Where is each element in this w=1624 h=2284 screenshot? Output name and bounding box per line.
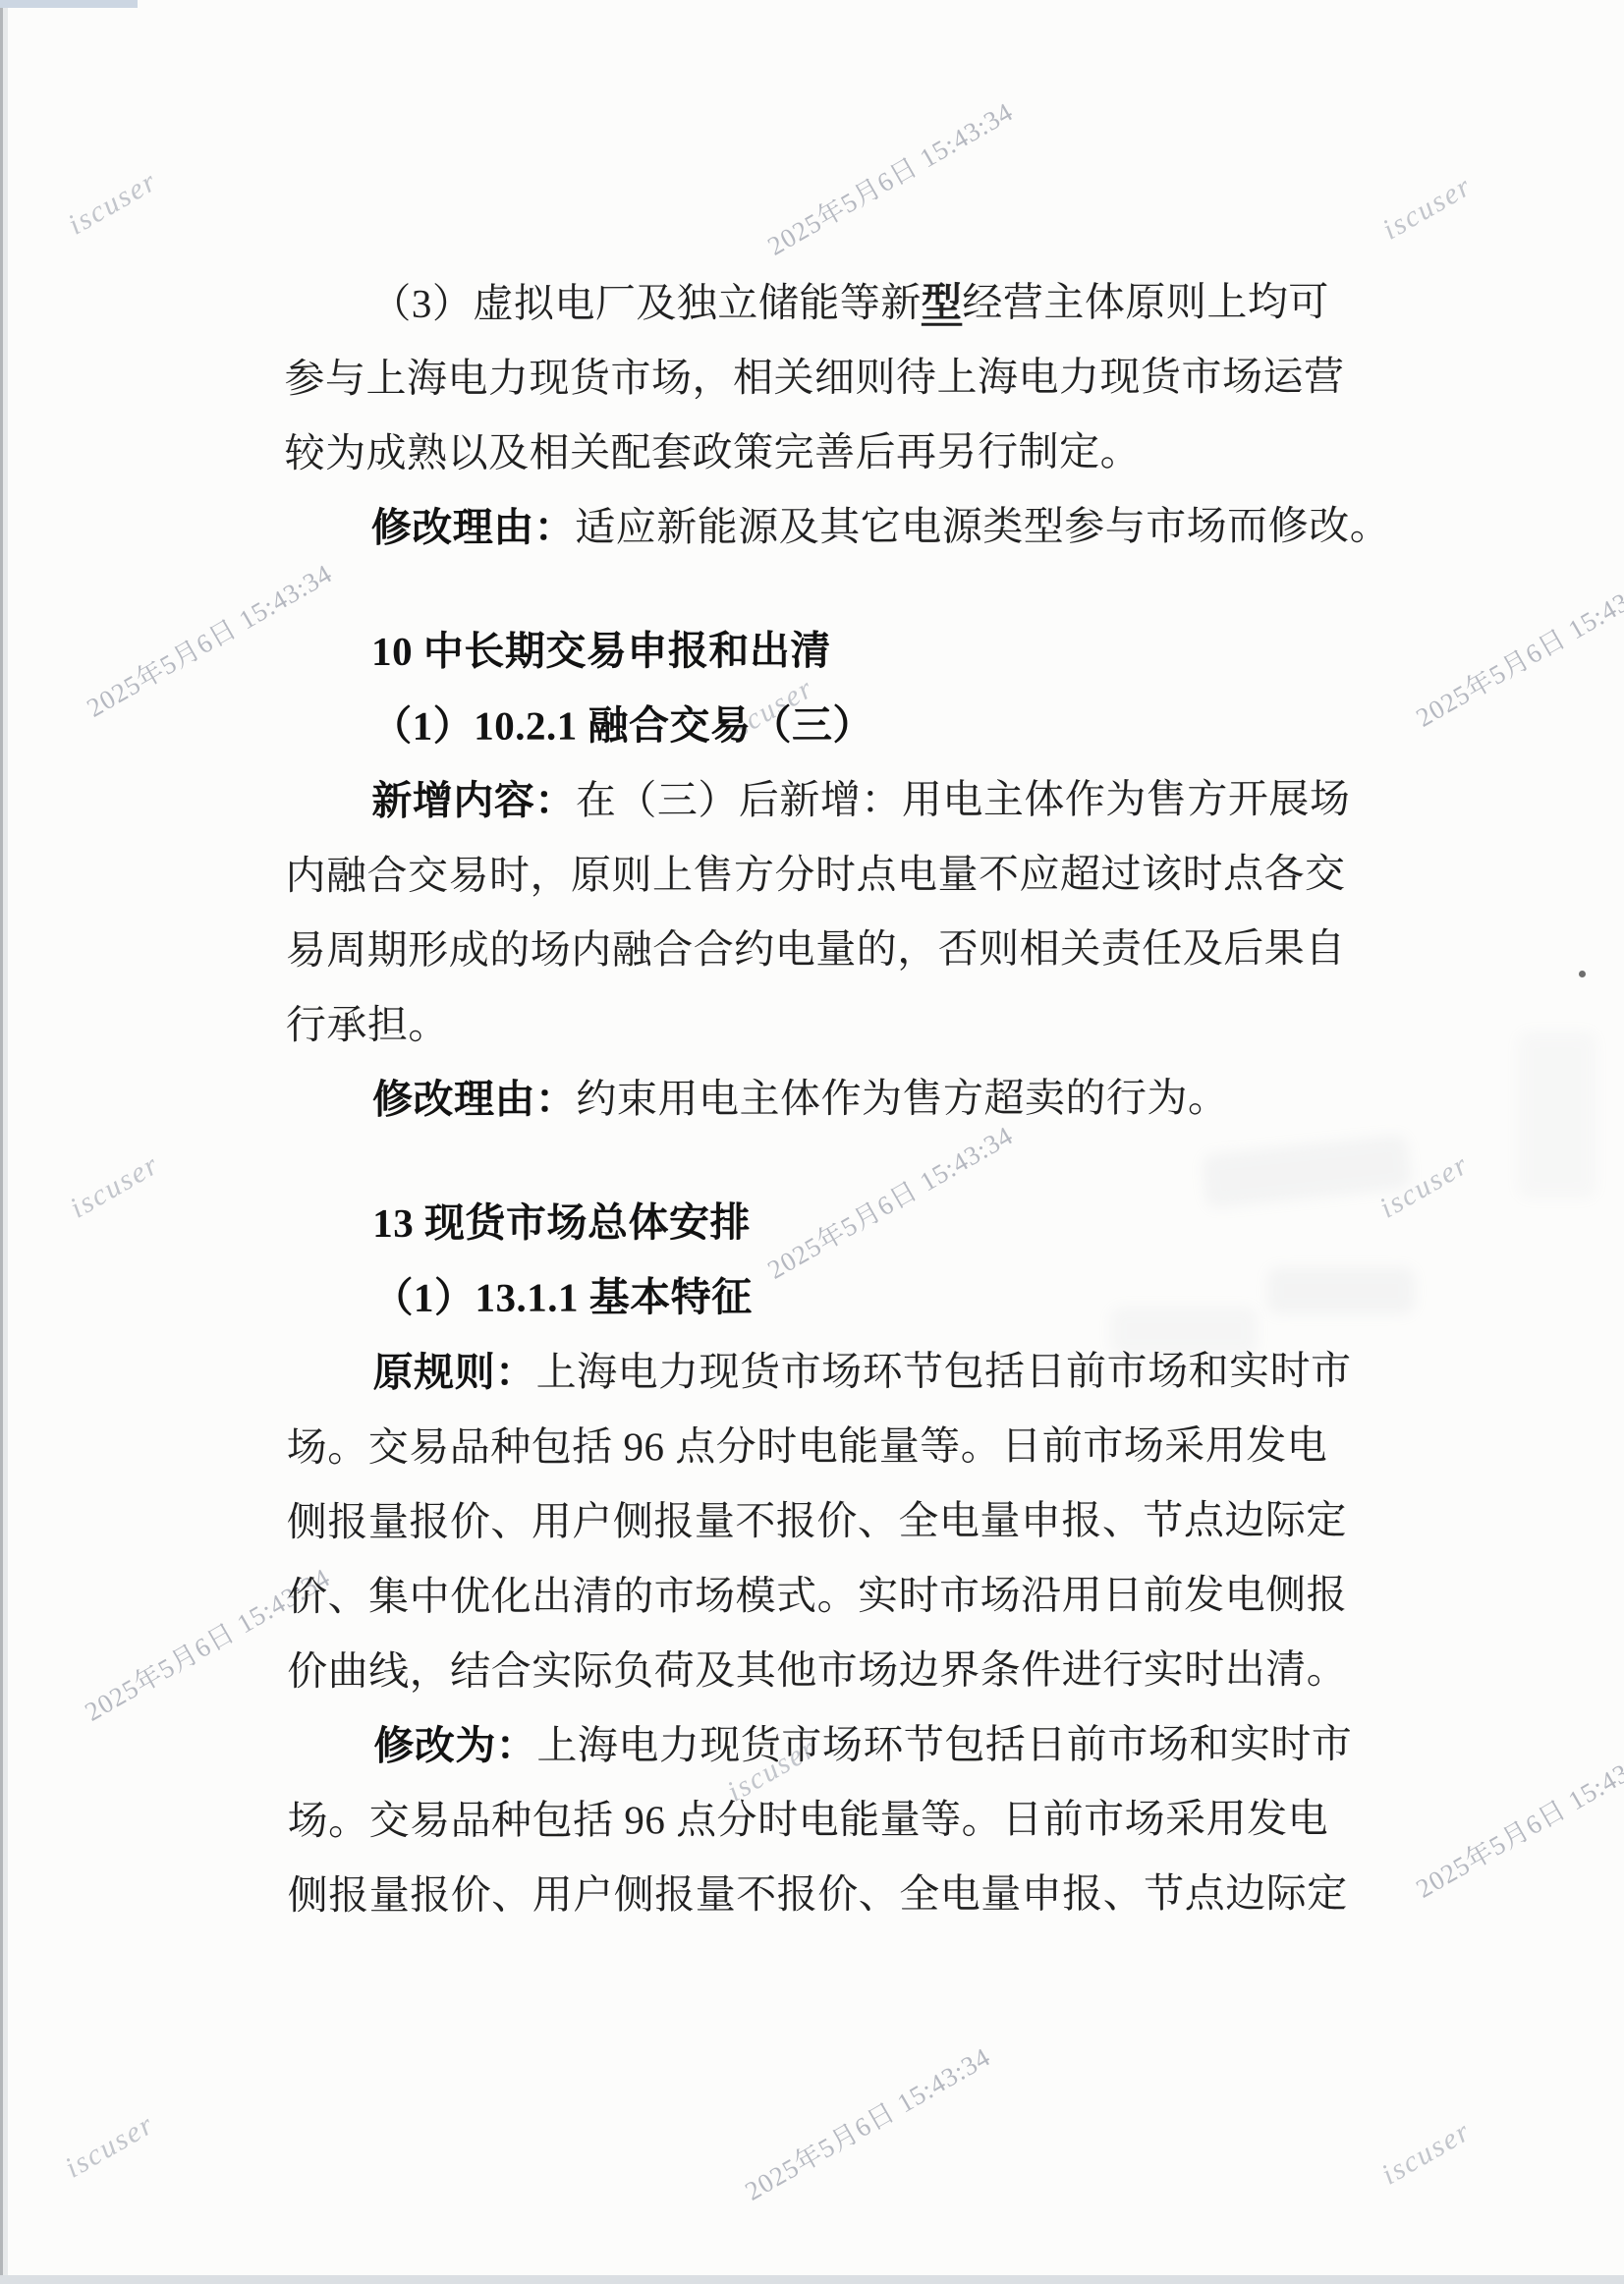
- text-line: 修改理由：约束用电主体作为售方超卖的行为。: [286, 1060, 1376, 1137]
- text-line: 修改理由：适应新能源及其它电源类型参与市场而修改。: [285, 488, 1375, 565]
- text-line: 价曲线，结合实际负荷及其他市场边界条件进行实时出清。: [287, 1632, 1377, 1708]
- watermark-username: iscuser: [65, 1148, 166, 1226]
- text-line: 新增内容：在（三）后新增：用电主体作为售方开展场: [285, 761, 1375, 838]
- text-line: 原规则：上海电力现货市场环节包括日前市场和实时市: [287, 1333, 1377, 1410]
- watermark-timestamp: 2025年5月6日 15:43:34: [1408, 562, 1624, 734]
- text-line: 参与上海电力现货市场，相关细则待上海电力现货市场运营: [284, 339, 1374, 416]
- scan-edge-line: [0, 0, 3, 2284]
- paragraph-text: 在（三）后新增：用电主体作为售方开展场: [576, 776, 1351, 823]
- paragraph-label: 修改理由：: [371, 505, 576, 550]
- text-line: 易周期形成的场内融合合约电量的，否则相关责任及后果自: [286, 911, 1376, 987]
- text-line: 较为成熟以及相关配套政策完善后再另行制定。: [285, 414, 1375, 490]
- scan-artifact-top: [0, 0, 138, 8]
- paragraph-label: 新增内容：: [371, 778, 576, 823]
- text-line: 修改为：上海电力现货市场环节包括日前市场和实时市: [287, 1706, 1377, 1783]
- paragraph-label: 修改理由：: [372, 1077, 577, 1122]
- paragraph-text: （3）虚拟电厂及独立储能等新: [370, 280, 922, 326]
- ink-speck: [1579, 971, 1586, 977]
- text-line: 内融合交易时，原则上售方分时点电量不应超过该时点各交: [285, 836, 1375, 913]
- document-page: iscuser2025年5月6日 15:43:34iscuser2025年5月6…: [0, 0, 1624, 2284]
- section-subheading: （1）13.1.1 基本特征: [286, 1258, 1376, 1335]
- watermark-timestamp: 2025年5月6日 15:43:34: [737, 2035, 996, 2207]
- paragraph-text: 上海电力现货市场环节包括日前市场和实时市: [536, 1721, 1352, 1768]
- watermark-timestamp: 2025年5月6日 15:43:34: [759, 90, 1019, 262]
- text-line: （3）虚拟电厂及独立储能等新型经营主体原则上均可: [284, 264, 1374, 341]
- text-line: 行承担。: [286, 985, 1376, 1062]
- paragraph-label: 修改为：: [373, 1723, 536, 1768]
- bleedthrough-smudge: [1518, 1031, 1596, 1198]
- paragraph-text: 适应新能源及其它电源类型参与市场而修改。: [575, 503, 1390, 550]
- revision-emphasis: 型: [922, 280, 963, 325]
- paragraph-label: 原规则：: [373, 1350, 536, 1395]
- text-line: 价、集中优化出清的市场模式。实时市场沿用日前发电侧报: [287, 1557, 1377, 1634]
- text-line: 侧报量报价、用户侧报量不报价、全电量申报、节点边际定: [288, 1856, 1378, 1932]
- document-content: （3）虚拟电厂及独立储能等新型经营主体原则上均可 参与上海电力现货市场，相关细则…: [284, 264, 1378, 1932]
- watermark-username: iscuser: [63, 165, 164, 243]
- text-line: 场。交易品种包括 96 点分时电能量等。日前市场采用发电: [287, 1408, 1377, 1484]
- paragraph-text: 约束用电主体作为售方超卖的行为。: [576, 1075, 1228, 1121]
- watermark-username: iscuser: [1377, 170, 1479, 248]
- section-heading: 10 中长期交易申报和出清: [285, 612, 1375, 689]
- watermark-timestamp: 2025年5月6日 15:43:34: [1408, 1733, 1624, 1905]
- watermark-username: iscuser: [1376, 2115, 1478, 2193]
- section-subheading: （1）10.2.1 融合交易（三）: [285, 687, 1375, 763]
- paragraph-text: 上海电力现货市场环节包括日前市场和实时市: [536, 1348, 1352, 1395]
- text-line: 侧报量报价、用户侧报量不报价、全电量申报、节点边际定: [287, 1482, 1377, 1559]
- scan-artifact-bottom: [0, 2275, 1624, 2284]
- watermark-username: iscuser: [60, 2108, 161, 2186]
- section-heading: 13 现货市场总体安排: [286, 1184, 1376, 1260]
- text-line: 场。交易品种包括 96 点分时电能量等。日前市场采用发电: [287, 1781, 1377, 1858]
- scan-edge-shade: [3, 0, 8, 2284]
- paragraph-text: 经营主体原则上均可: [962, 279, 1329, 325]
